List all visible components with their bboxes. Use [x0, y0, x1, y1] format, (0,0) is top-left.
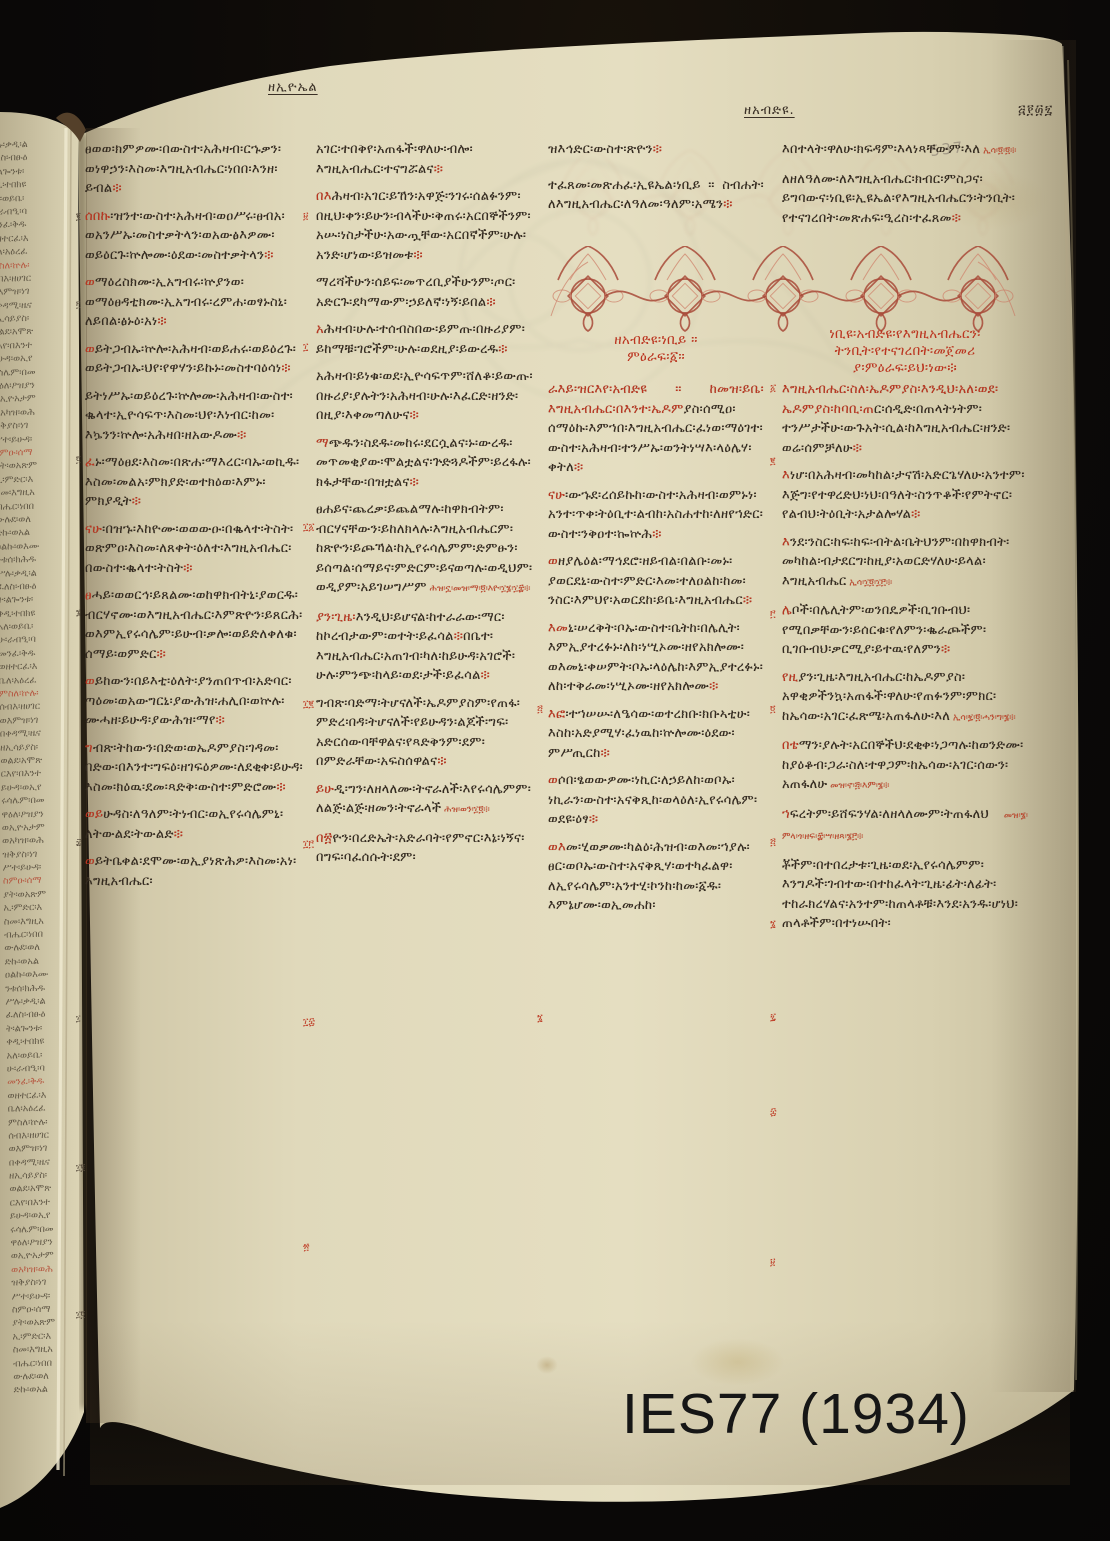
facing-page-text-line: ሁ፡ራብዒ፡ባ	[0, 633, 62, 648]
rubricated-lead: እመ	[548, 621, 568, 636]
rubricated-lead: ኀ	[782, 807, 790, 822]
rubricated-lead: እፎ	[548, 707, 565, 722]
paragraph: ሌቦች፡በሌሊትም፡ወንበዴዎች፡ቢገቡብህ፡የሚበቃቸውን፡ይሰርቁ፡የለምን…	[782, 601, 1028, 660]
rubricated-lead: እ	[782, 468, 790, 483]
facing-page-text-line: ሥሉ፡ቃዲ፡ል	[0, 137, 52, 152]
paragraph: ማረሻችሁን፡ሰይፍ፡መጥረቢያችሁንም፡ጦር፡አድርጉ፡ደካማውም፡ኃይለኛ፡…	[316, 273, 538, 312]
facing-page-text-line: ድኩ፡ወአል	[13, 1383, 77, 1398]
facing-page-text-line: ሩሳሌም፡በመ	[1, 793, 65, 808]
verse-number: ፮	[76, 608, 81, 618]
rubricated-lead: ወ	[548, 773, 558, 788]
rubricated-lead: ወ	[85, 342, 95, 357]
facing-page-text-line: ይሁዳ፡ወኢየ	[1, 780, 65, 795]
facing-page-text-line: ወኢዮአታም	[11, 1249, 75, 1264]
facing-page-text-line: ውሉደ፡ወለ	[13, 1369, 77, 1384]
facing-page-text-line: ስመ፡እግዚአ	[13, 1342, 77, 1357]
facing-page-text-line: ድኩ፡ወአል	[5, 954, 69, 969]
rubricated-lead: ግ	[85, 741, 93, 756]
obadiah-heading-geez: ዘአብድዩ፡ነቢይ ። ምዕራፍ፡፩።	[548, 332, 764, 366]
rubricated-lead: ናሁ	[548, 488, 565, 503]
facing-page-text-line: ኢ፡ምድር፡እ	[12, 1329, 76, 1344]
paragraph: እግዚአብሔር፡ስለ፡ኤዶምያስ፡እንዲህ፡አለ፡ወደ፡ኤዶምያስ፡ከባቢ፡ጠር…	[782, 380, 1028, 458]
paragraph: በእሕዛብ፡አገር፡ይኸን፡አዋጅ፡ንገሩ፡ሰልፉንም፡በዚህ፡ቀን፡ይሁን፡ብ…	[316, 187, 538, 265]
shelfmark-caption: IES77 (1934)	[622, 1381, 1002, 1447]
facing-page-text-line: ዋዕለ፡ዖዝያን	[0, 378, 57, 393]
rubricated-lead: በ፳	[316, 831, 332, 846]
verse-number: ፮	[770, 920, 776, 930]
facing-page-text-line: ሥሉ፡ቃዲ፡ል	[0, 566, 61, 581]
facing-page-text-line: ስመ፡እግዚአ	[4, 914, 68, 929]
facing-page-text-line: ወአካዝ፡ወሕ	[0, 405, 57, 420]
rubricated-lead: ወ	[85, 854, 95, 869]
paragraph: ወይትጋብኡ፡ኵሎ፡አሕዛብ፡ወይሐሩ፡ወይዕረጉ፡ወይትጋብኡ፡ህየ፡የዋሃን…	[85, 340, 304, 379]
facing-page-text-line: ውሉደ፡ወለ	[4, 941, 68, 956]
red-section-mark: ፨	[743, 593, 752, 608]
paragraph: በ፳ዮን፡በረድኤት፡አድራባት፡የምኖር፡እኔ፡ነኝና፡በግፍ፡ባፈሰሱት፡ደ…	[316, 829, 538, 868]
rubricated-lead: ሌ	[782, 603, 792, 618]
facing-page-text-line: ወእምዝ፡ነገ	[0, 713, 64, 728]
heading-line: ያ፡ምዕራፍ፡ይህ፡ነው፨	[782, 360, 1028, 377]
red-section-mark: ፨	[237, 428, 246, 443]
facing-page-text-line: ንቱሰ፡ክሕዱ	[5, 981, 69, 996]
red-section-mark: ፨	[454, 629, 463, 644]
facing-page-text-line: ዋዕለ፡ዖዝያን	[10, 1235, 74, 1250]
verse-number: ፲፩	[303, 523, 314, 533]
rubricated-lead: ወይ	[85, 807, 103, 822]
facing-page-text-line: ሰብእ፡ዘሀገር	[0, 271, 54, 286]
paragraph: አሕዛብ፡ይነቁ፡ወደ፡ኢዮሳፍጥም፡ሸለቆ፡ይውጡ፡በዙሪያ፡ያሉትን፡አሕዛ…	[316, 367, 538, 426]
facing-page-text-line: ምስለ፡ኵሉ፡	[0, 686, 63, 701]
facing-page-text-line: ፈለስ፡ብፁዕ	[0, 579, 61, 594]
verse-number: ፪	[76, 212, 81, 222]
facing-page-text-line: ቤለ፡አዕረፈ	[0, 673, 63, 688]
red-section-mark: ፨	[709, 679, 718, 694]
facing-page-text-line: ቤለ፡አዕረፈ	[8, 1101, 72, 1116]
heading-line: ዘአብድዩ፡ነቢይ ።	[548, 332, 764, 349]
rubricated-lead: ያን፡ጊዜ፡	[316, 610, 356, 625]
red-section-mark: ፨	[183, 561, 192, 576]
verse-number: ፩	[770, 384, 776, 394]
facing-page-text-line: ዘኢሳይያስ፡	[0, 740, 64, 755]
facing-page-text-line: ወእምዝ፡ነገ	[0, 285, 55, 300]
rubricated-lead: ናሁ	[85, 522, 102, 537]
red-section-mark: ፨	[486, 295, 495, 310]
heading-line: ነቢዩ፡አብድዩ፡የእግዚአብሔርን፡	[782, 326, 1028, 343]
rubricated-lead: ማ	[316, 436, 329, 451]
facing-page-text-line: ሩሳሌም፡በመ	[10, 1222, 74, 1237]
verse-number: ፱	[770, 1258, 775, 1268]
facing-page-text-line: መንፈ፡ቅዱ	[0, 646, 62, 661]
facing-page-text-line: ሩሳሌም፡በመ	[0, 365, 56, 380]
facing-page-text-line: ዋዕለ፡ዖዝያን	[1, 807, 65, 822]
facing-page-text-line: ድኩ፡ወአል	[0, 526, 60, 541]
rubricated-lead: ፀ	[85, 588, 92, 603]
red-section-mark: ፨	[941, 642, 950, 657]
facing-page-text-line: አለ፡ወይቤ፡	[6, 1048, 70, 1063]
paragraph: ወይከውን፡በይእቲ፡ዕለት፡ያንጠበጥብ፡አድባር፡ጣዕመ፡ወአውግርኒ፡ያው…	[85, 672, 304, 731]
facing-page-text-line: ወልደ፡አሞጽ	[0, 753, 64, 768]
facing-page-text-line: ኢ፡ምድር፡እ	[3, 901, 67, 916]
red-section-mark: ፨	[653, 142, 662, 157]
paragraph: እመኒ፡ሠረቅት፡ቦኡ፡ውስተ፡ቤትከ፡በሌሊት፡እምኢያተረፉኑ፡ለከ፡ነሢኦ…	[548, 619, 764, 697]
facing-page-text-line: ወዘተርፈ፡እ	[0, 231, 54, 246]
paragraph: ፀወወ፡ክምዎሙ፡በውስተ፡አሕዛብ፡ርኁቃን፡ወነዋኃን፡እስመ፡እግዚአብሔ…	[85, 140, 304, 199]
rubricated-lead: አ	[316, 322, 324, 337]
paragraph: ግብጽ፡ትከውን፡በድወ፡ወኤዶምያስ፡ገዳመ፡በድው፡በእንተ፡ግፍዕ፡ዘገፍ…	[85, 739, 304, 798]
red-section-mark: ፨	[157, 647, 166, 662]
verse-number: ፭	[770, 838, 776, 848]
paragraph: በቴማን፡ያሉት፡አርበኞችህ፡ደቂቀ፡ነጋጣሉ፡ከወንድሙ፡ከያዕቆብ፡ጋራ፡…	[782, 736, 1028, 797]
verse-number: ፱	[303, 212, 308, 222]
paragraph: ወይትቤቀል፡ደሞሙ፡ወኢያነጽሕዎ፡እስመ፡አነ፡እግዚአብሔር፡	[85, 852, 304, 891]
paragraph: እንደ፡ንስር፡ከፍ፡ከፍ፡ብትል፡ቤትህንም፡በከዋክብት፡መካከል፡ብታደር…	[782, 533, 1028, 594]
red-section-mark: ፨	[498, 342, 507, 357]
rubricated-lead: ወ	[85, 275, 95, 290]
red-citation-note: ሕዝ፡ኗ፡መዝ፡ማ፡፬፡እዮ፡፲፮፡፲፰፨	[427, 584, 531, 594]
facing-page-text-line: ወኢዮአታም	[2, 820, 66, 835]
red-section-mark: ፨	[264, 248, 273, 263]
paragraph: እበተላት፡ዋለሁ፡ክፍዳም፡እላነጻቸውም፡እለ ኢሳ፡፬፡፬፨	[782, 140, 1028, 162]
paragraph: ይትነሥኡ፡ወይዕረጉ፡ኵሎሙ፡አሕዛብ፡ውስተ፡ቈላተ፡ኢዮሳፍጥ፡እስመ፡ህ…	[85, 387, 304, 446]
facing-page-text-line: ዝቅያስ፡ነገ	[0, 419, 58, 434]
facing-page-text-line: ሥተ፡ይሁዳ፡	[3, 860, 67, 875]
facing-page-text-line: ዘኢሳይያስ፡	[0, 312, 55, 327]
paragraph: አሕዛብ፡ሁሉ፡ተሰብስበው፡ይምጡ፡በዙሪያም፡ይከማቹ፡ገሮችም፡ሁሉ፡ወደ…	[316, 320, 538, 359]
verse-number: ፭	[537, 705, 543, 715]
rubricated-lead: ወ	[85, 674, 95, 689]
running-title-left: ዘኢዮኤል	[268, 80, 318, 95]
verse-number: ፲፫	[303, 840, 314, 850]
verse-number: ፰	[770, 1108, 777, 1118]
red-section-mark: ፨	[652, 527, 661, 542]
heading-line: ምዕራፍ፡፩።	[548, 349, 764, 366]
facing-page-text-line: ወልደ፡አሞጽ	[0, 325, 56, 340]
facing-page-text-line: ቤለ፡አዕረፈ	[0, 245, 54, 260]
paragraph: ፈኑ፡ማዕፀደ፡እስመ፡በጽሐ፡ማእረር፡ባኡ፡ወኪዱ፡እስመ፡መልአ፡ምክያድ…	[85, 453, 304, 512]
verse-number: ፲	[303, 343, 308, 353]
red-section-mark: ፨	[952, 211, 961, 226]
verse-number: ፫	[770, 610, 776, 620]
rubricated-lead: በእ	[316, 189, 332, 204]
paragraph: ወማዕረስክሙ፡ኢአግብሩ፡ኵያንወ፡ወማዕፀዳቲክሙ፡ኢአግብሩ፡ረምሐ፡ወፃ…	[85, 273, 304, 332]
facing-page-text-line: አለ፡ወይቤ፡	[0, 619, 62, 634]
red-section-mark: ፨	[911, 507, 920, 522]
paper-stain	[690, 1338, 785, 1386]
paper-stain	[536, 1356, 558, 1374]
paragraph: እፎ፡ተኀሠሡ፡ለዔሳው፡ወተረክቡ፡ክቡኣቲሁ፡እስከ፡አድያሚሃ፡ፈነዉከ፡…	[548, 705, 764, 764]
red-section-mark: ፨	[853, 441, 862, 456]
facing-page-text-line: ወአካዝ፡ወሕ	[2, 834, 66, 849]
facing-page-text-line: ፈለስ፡ብፁዕ	[6, 1008, 70, 1023]
facing-page-text-line: ዝቅያስ፡ነገ	[11, 1275, 75, 1290]
paragraph: ወእመ፡ሂወቃሙ፡ካልዕ፡ሕዝብ፡ወእመ፡ኀያሉ፡ፀር፡ወቦኡ፡ውስተ፡አናቅጺ…	[548, 838, 764, 916]
paragraph: ሰበኩ፡ዝንተ፡ውስተ፡አሕዛብ፡ወዐሥሩ፡ፀብአ፡ወአንሥኡ፡መስተቃትላን፡…	[85, 207, 304, 266]
red-section-mark: ፨	[589, 812, 598, 827]
rubricated-lead: ይሁ	[316, 782, 334, 797]
red-section-mark: ፨	[434, 162, 443, 177]
facing-page-text-line: ውሉደ፡ወለ	[0, 512, 60, 527]
red-section-mark: ፨	[437, 754, 446, 769]
red-citation-note: ኢሳ፡፲፬፡፲፫፨	[847, 578, 893, 588]
red-section-mark: ፨	[132, 494, 141, 509]
facing-page-text-line: ወኢዮአታም	[0, 392, 57, 407]
rubricated-lead: ሰበኩ	[85, 209, 110, 224]
red-section-mark: ፨	[410, 475, 419, 490]
verse-number: ፲፰	[303, 1018, 315, 1028]
facing-page-text-line: ሁ፡ራብዒ፡ባ	[0, 204, 53, 219]
obadiah-heading-amharic: ነቢዩ፡አብድዩ፡የእግዚአብሔርን፡ ትንቢት፡የተናገረበት፡መጀመሪ ያ፡…	[782, 326, 1028, 377]
running-title-right: ዘአብድዩ.	[744, 103, 795, 118]
verse-number: ፯	[770, 1013, 776, 1023]
paragraph: ያን፡ጊዜ፡እንዲህ፡ይሆናል፡ከተራራው፡ማር፡ከኮረብታውም፡ወተት፡ይፈሳ…	[316, 608, 538, 686]
paragraph: ቾችም፡በተበረታቱ፡ጊዜ፡ወደ፡ኢየሩሳሌምም፡እንግዶች፡ገብተው፡በተከፈ…	[782, 856, 1028, 934]
red-section-mark: ፨	[216, 713, 225, 728]
facing-page-text-line: ወዘተርፈ፡እ	[7, 1088, 71, 1103]
heading-line: ትንቢት፡የተናገረበት፡መጀመሪ	[782, 343, 1028, 360]
facing-page-text-line: ቀዲ፡ተበክዩ	[0, 178, 53, 193]
paragraph: ናሁ፡በዝኁ፡እከዮሙ፡ወወውዑ፡በቈላተ፡ትስት፡ወጽምዐ፡እስመ፡ለጸቀት፡…	[85, 520, 304, 579]
red-citation-note: ሕዝ፡ወን፡፲፬፨	[441, 805, 489, 815]
facing-page-text-line: ያት፡ወአጽም	[12, 1316, 76, 1331]
verse-number: ፰	[76, 838, 82, 848]
red-citation-note: መዝ፡፮፡ምላ፡ጎ፡ዘፍ፡፰፡ሣ፡ዘጻ፡፮፫፨	[782, 811, 1028, 843]
paragraph: ኀፍረትም፡ይሸፍንሃል፡ለዘላለሙም፡ትጠፋለህ መዝ፡፮፡ምላ፡ጎ፡ዘፍ፡፰…	[782, 805, 1028, 848]
paragraph: ይሁዲ፡ግን፡ለዘላለሙ፡ትኖራለች፡እየሩሳሌምም፡ለልጅ፡ልጅ፡ዘመን፡ትኖ…	[316, 780, 538, 821]
facing-page-text-line: መንፈ፡ቅዱ	[0, 218, 53, 233]
facing-page-text-line: ሰብእ፡ዘሀገር	[0, 700, 63, 715]
facing-page-text-line: ቀዲ፡ተበክዩ	[6, 1034, 70, 1049]
red-citation-note: ኢሳ፡፬፡፬፨	[980, 146, 1016, 156]
facing-page-text-line: ወዘተርፈ፡እ	[0, 660, 63, 675]
facing-page-text-line: ሰብእ፡ዘሀገር	[8, 1128, 72, 1143]
paragraph: እነሆ፡በአሕዛብ፡መካከል፡ታናሽ፡አድርጌሃለሁ፡አንተም፡እጅግ፡የተዋረ…	[782, 466, 1028, 525]
verse-number: ፲	[76, 1014, 81, 1024]
red-section-mark: ፨	[481, 668, 490, 683]
text-column-geez-joel-colophon: ዝእኅድር፡ውስተ፡ጽዮን፨ተፈጸመ፡መጽሐፈ፡ኢዩኤል፡ነቢይ ። ስብሐት፡…	[548, 140, 764, 252]
red-section-mark: ፨	[112, 181, 121, 196]
paragraph: ፀሓይ፡ወወርኅ፡ይጸልሙ፡ወከዋክብትኒ፡ያወርዱ፡ብርሃኖሙ፡ወእግዚአብሔ…	[85, 586, 304, 664]
facing-page-text-line: መንፈ፡ቅዱ	[7, 1075, 71, 1090]
facing-page-text-line: ዝቅያስ፡ነገ	[2, 847, 66, 862]
paragraph: አገር፡ተበቅየ፡አጠፋች፡ዋለሁ፡ብሎ፡እግዚአብሔር፡ተናግሯልና፨	[316, 140, 538, 179]
text-column-geez-joel: ፀወወ፡ክምዎሙ፡በውስተ፡አሕዛብ፡ርኁቃን፡ወነዋኃን፡እስመ፡እግዚአብሔ…	[85, 140, 304, 899]
facing-page-text-line: በቀዳሚ፡ዜና	[0, 727, 64, 742]
facing-page-text-line: ስምዑ፡ሰማ	[12, 1302, 76, 1317]
facing-page-text-line: ወእምዝ፡ነገ	[8, 1142, 72, 1157]
rubricated-lead: በቴ	[782, 738, 799, 753]
facing-page-text-line: ያት፡ወአጽም	[3, 887, 67, 902]
rubricated-lead: እግዚአብሔር፡ስለ፡ኤዶምያስ፡እንዲህ፡አለ፡ወደ፡ኤዶምያስ፡ከባቢ፡ጠ	[782, 382, 998, 417]
paragraph: ናሁ፡ውኁደ፡ረሰይኩከ፡ውስተ፡አሕዛብ፡ወምኑነ፡አንተ፡ጥቀ፡ትዕቢተ፡ል…	[548, 486, 764, 545]
facing-page-text-line: ሥሉ፡ቃዲ፡ል	[5, 994, 69, 1009]
red-section-mark: ፨	[174, 827, 183, 842]
verse-number: ፲፬	[76, 1310, 85, 1320]
facing-page-text-line: ርእየ፡በእንተ	[1, 767, 65, 782]
paragraph: ማጭዱን፡ስደዱ፡መከሩ፡ደርሷልና፡ኑ፡ውረዱ፡መጥመቂያው፡ሞልቷልና፡ጕድ…	[316, 434, 538, 493]
red-section-mark: ፨	[574, 460, 583, 475]
paragraph: ግብጽ፡ባድማ፡ትሆናለች፡ኤዶምያስም፡የጠፋ፡ምድረ፡በዳ፡ትሆናለች፡የይ…	[316, 694, 538, 772]
facing-page-text-line: ያት፡ወአጽም	[0, 459, 58, 474]
paragraph: ራእይ፡ዝርእየ፡አብድዩ ። ከመዝ፡ይቤ፡እግዚአብሔር፡በእንተ፡ኤዶምያ…	[548, 380, 764, 478]
facing-page-text-line: አለ፡ወይቤ፡	[0, 191, 53, 206]
paragraph: ወይሁዳስ፡ለዓለም፡ትነብር፡ወኢየሩሳሌምኒ፡ለትውልደ፡ትውልድ፨	[85, 805, 304, 844]
facing-page-text-line: ኢ፡ምድር፡እ	[0, 472, 59, 487]
facing-page-text-line: ወልደ፡አሞጽ	[9, 1182, 73, 1197]
red-section-mark: ፨	[276, 780, 285, 795]
facing-page-text-line: ስመ፡እግዚአ	[0, 486, 59, 501]
paragraph: ዝእኅድር፡ውስተ፡ጽዮን፨	[548, 140, 764, 160]
paragraph: ለዘለዓለሙ፡ለእግዚአብሔር፡ክብር፡ምስጋና፡ይግባውና፡ነቢዩ፡ኢዩኤል፡…	[782, 170, 1028, 229]
verse-number: ፮	[537, 1014, 543, 1024]
paragraph: ተፈጸመ፡መጽሐፈ፡ኢዩኤል፡ነቢይ ። ስብሐት፡ለእግዚአብሔር፡ለዓለመ፡…	[548, 176, 764, 215]
facing-page-text-line: ስምዑ፡ሰማ	[3, 874, 67, 889]
verse-number: ፲፪	[76, 1163, 85, 1173]
facing-page-text-line: ብሔር፡ነበበ	[13, 1356, 77, 1371]
text-column-amharic-joel-colophon: እበተላት፡ዋለሁ፡ክፍዳም፡እላነጻቸውም፡እለ ኢሳ፡፬፡፬፨ለዘለዓለሙ፡…	[782, 140, 1028, 258]
facing-page-text-line: ዐልኩ፡ወእሙ	[0, 539, 60, 554]
facing-page-text-line: ወአካዝ፡ወሕ	[11, 1262, 75, 1277]
red-section-mark: ፨	[281, 361, 290, 376]
facing-page-text-line: ት፡ልጐንቱ፡	[0, 593, 61, 608]
rubricated-lead: እ	[782, 535, 790, 550]
facing-page-text-line: በቀዳሚ፡ዜና	[0, 298, 55, 313]
paragraph: የዚያን፡ጊዜ፡እግዚአብሔር፡ከኤዶምያስ፡አዋቂዎችንኳ፡አጠፋች፡ዋለሁ፡…	[782, 668, 1028, 729]
text-column-amharic-joel: አገር፡ተበቅየ፡አጠፋች፡ዋለሁ፡ብሎ፡እግዚአብሔር፡ተናግሯልና፨በእሕዛ…	[316, 140, 538, 876]
red-citation-note: ኢሳ፡፯፡፬፡ሓን፡ግ፡፮፨	[950, 713, 1015, 723]
red-section-mark: ፨	[410, 408, 419, 423]
facing-page-text-line: ይሁዳ፡ወኢየ	[10, 1208, 74, 1223]
facing-page-text-line: ቀዲ፡ተበክዩ	[0, 606, 61, 621]
facing-page-text-line: ርእየ፡በእንተ	[0, 338, 56, 353]
verse-number: ፲፪	[303, 700, 314, 710]
red-section-mark: ፨	[158, 314, 167, 329]
red-section-mark: ፨	[601, 746, 610, 761]
text-column-amharic-obadiah: እግዚአብሔር፡ስለ፡ኤዶምያስ፡እንዲህ፡አለ፡ወደ፡ኤዶምያስ፡ከባቢ፡ጠር…	[782, 380, 1028, 942]
rubricated-lead: ፈ	[85, 455, 95, 470]
rubricated-lead: ወእ	[548, 840, 566, 855]
facing-page-text-line: ት፡ልጐንቱ፡	[0, 164, 52, 179]
facing-page-text-line: ብሔር፡ነበበ	[4, 927, 68, 942]
facing-page-text-line: ንቱሰ፡ክሕዱ	[0, 552, 60, 567]
red-citation-note: መዝ፡ኖ፡፭፡እም፡፮፨	[827, 781, 889, 791]
facing-page-text-line: ሁ፡ራብዒ፡ባ	[7, 1061, 71, 1076]
verse-number: ፪	[770, 457, 775, 467]
facing-page-text-line: ብሔር፡ነበበ	[0, 499, 59, 514]
paragraph: ወሶበ፡ፄወውዎሙ፡ነኪር፡ለኃይለከ፡ወቦኡ፡ነኪራን፡ውስተ፡አናቅጺከ፡ወ…	[548, 771, 764, 830]
ethiopic-page-number: ፭፻፴፯	[1018, 103, 1053, 118]
facing-page-text-line: ይሁዳ፡ወኢየ	[0, 352, 56, 367]
red-section-mark: ፨	[723, 197, 732, 212]
facing-page-text-line: ሥተ፡ይሁዳ፡	[12, 1289, 76, 1304]
facing-page-text-line: ርእየ፡በእንተ	[10, 1195, 74, 1210]
red-section-mark: ፨	[414, 248, 423, 263]
facing-page-text-line: ዘኢሳይያስ፡	[9, 1168, 73, 1183]
facing-page-text-line: ምስለ፡ኵሉ፡	[0, 258, 54, 273]
facing-page-text-line: ት፡ልጐንቱ፡	[6, 1021, 70, 1036]
facing-page-text-line: ምስለ፡ኵሉ፡	[8, 1115, 72, 1130]
paragraph: ፀሐይና፡ጨረቃ፡ይጨልማሉ፡ከዋክብትም፡ብርሃናቸውን፡ይከለክላሉ፡እግዚ…	[316, 500, 538, 600]
manuscript-photo: .o1{stroke:#a84a38;stroke-width:1.7;fill…	[0, 0, 1110, 1541]
verse-number: ፳	[303, 1243, 309, 1253]
facing-page-text-line: ስምዑ፡ሰማ	[0, 445, 58, 460]
verse-number: ፫	[76, 300, 81, 310]
facing-page-text-line: ሥተ፡ይሁዳ፡	[0, 432, 58, 447]
rubricated-lead: ራእይ፡ዝርእየ፡አብድዩ ። ከመዝ፡ይቤ፡እግዚአብሔር፡በእንተ፡ኤዶም	[548, 382, 764, 417]
rubricated-lead: የዚ	[782, 670, 798, 685]
text-column-geez-obadiah: ራእይ፡ዝርእየ፡አብድዩ ። ከመዝ፡ይቤ፡እግዚአብሔር፡በእንተ፡ኤዶምያ…	[548, 380, 764, 924]
facing-page-text-line: ዐልኩ፡ወእሙ	[5, 968, 69, 983]
facing-page-text-line: በቀዳሚ፡ዜና	[9, 1155, 73, 1170]
rubricated-lead: ወ	[548, 554, 558, 569]
paragraph: ወዘያሌዕል፡ማኅደሮ፡ዘይብል፡በልቡ፡መኑ፡ያወርደኒ፡ውስተ፡ምድር፡እመ…	[548, 552, 764, 611]
verse-number: ፬	[770, 705, 776, 715]
verse-number: ፬	[76, 455, 81, 465]
knotwork-ornament-band: .o1{stroke:#a84a38;stroke-width:1.7;fill…	[543, 246, 1023, 332]
facing-page-text-line: ፈለስ፡ብፁዕ	[0, 151, 52, 166]
